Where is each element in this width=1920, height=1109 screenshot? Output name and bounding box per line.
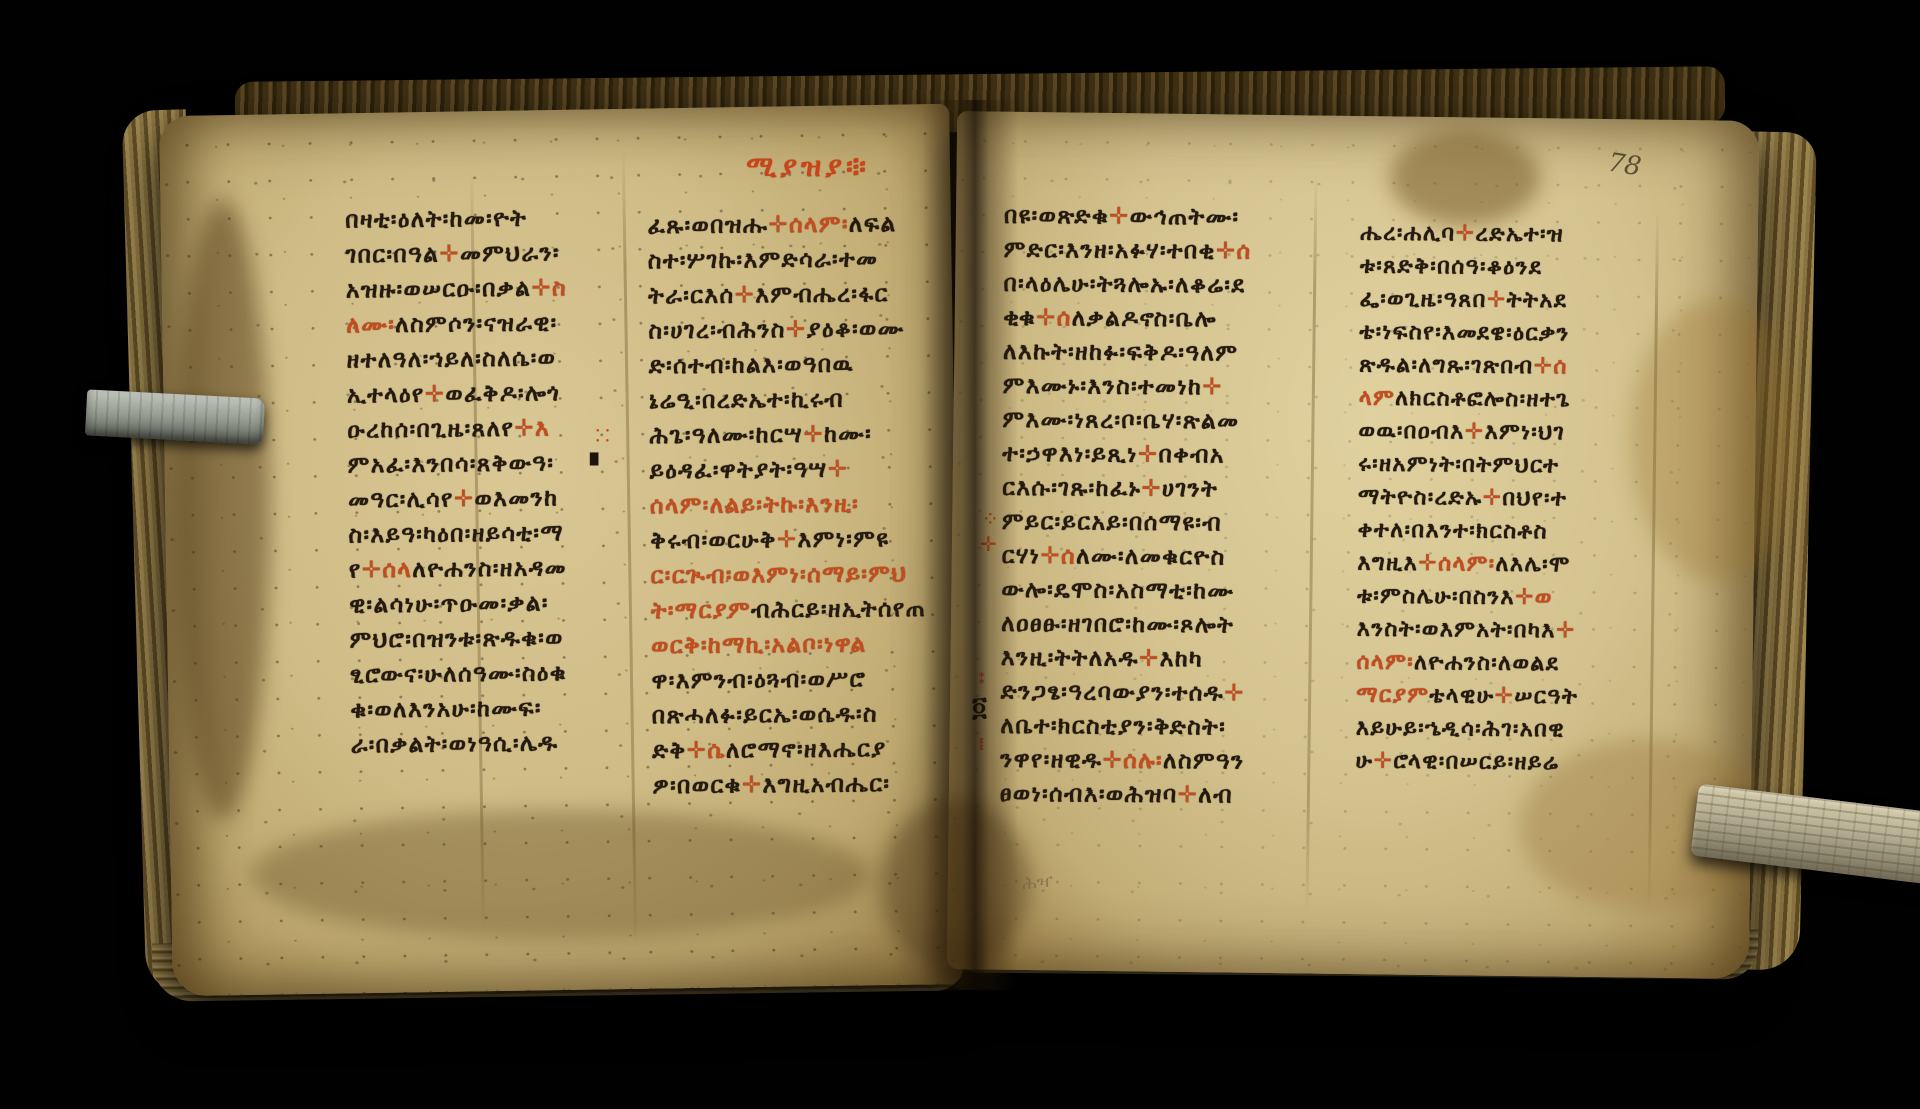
black-ink-segment: ለእሌ፡ሞ [1495,552,1570,578]
red-ink-segment: ✛ሰላም፡ [768,212,849,239]
black-ink-segment: ወዉ፡በዐብእ [1358,419,1464,445]
red-ink-segment: ✛ [1224,680,1245,706]
manuscript-line: ድንጋፄ፡ዓረባውያን፡ተሰዱ✛ [1001,675,1313,711]
black-ink-segment: ለዮሐንስ፡ለወልደ [1414,650,1560,676]
red-ink-segment: ✛ሴ [686,738,726,764]
folio-number: 78 [1606,148,1643,183]
black-ink-segment: ቴ፡ነፍስየ፡እመደዌ፡ዕርቃን [1359,320,1569,347]
black-ink-segment: ለክርስቶፎሎስ፡ዘተጌ [1395,386,1571,413]
black-ink-segment: ጽዱል፡ለግጹ፡ገጽበብ [1359,353,1534,380]
black-ink-segment: ምእሙ፡ነጸረ፡ቦ፡ቤሃ፡ጽልመ [1003,407,1240,435]
red-ink-segment: ✛ሰላም፡ [1418,551,1496,577]
black-ink-segment: ስ፡ሀገረ፡ብሕንስ [648,317,786,344]
black-ink-segment: ርእሱ፡ገጹ፡ከፈኑ [1002,475,1141,502]
red-ink-segment: ✛ [1494,684,1514,709]
manuscript-line: ዎ፡በወርቁ✛እግዚአብሔር፡ [652,767,952,805]
manuscript-line: ቱ፡ምስሌሁ፡በስንእ✛ወ [1357,580,1682,616]
margin-mark: ▖ [590,443,607,465]
red-ink-segment: ✛ [454,486,475,512]
red-ink-segment: ✛ሰ [1533,354,1568,379]
black-ink-segment: እምብሔረ፡ፋር [755,281,889,308]
manuscript-line: ለዐፀፁ፡ዘገበሮ፡ከሙ፡ጾሎት [1001,607,1313,643]
manuscript-line: ውሎ፡ዴሞስ፡አስማቲ፡ከሙ [1001,573,1313,609]
black-ink-segment: ገበር፡በዓል [345,242,439,269]
manuscript-line: ላምለክርስቶፎሎስ፡ዘተጌ [1359,382,1684,418]
manuscript-line: ስተ፡ሦገኩ፡እምድሳራ፡ተመ [648,242,948,280]
manuscript-line: ቂቁ✛ሰለቃልዶኖስ፡ቤሎ [1003,301,1315,337]
manuscript-line: ራ፡በቃልት፡ወነዓሲ፡ሌዱ [351,725,643,763]
black-ink-segment: በጽሓለፉ፡ይርኤ፡ወሴዱ፡ስ [652,701,878,729]
black-ink-segment: ዑረከሰ፡በጊዜ፡ጸለየ [347,416,514,444]
red-ink-segment: ✛ [1139,646,1160,672]
manuscript-line: ቱ፡ጸድቅ፡በሰዓ፡ቆዕንደ [1360,250,1685,286]
black-ink-segment: ብሕርይ፡ዘኢትሰየጠ [751,596,926,624]
red-ink-segment: ሰላም፡ለልይ፡ትኩ፡እንዚ፡ [650,491,859,519]
black-ink-segment: ፀወነ፡ሰብእ፡ወሕዝባ [1000,781,1178,808]
red-ink-segment: ✛ [1202,374,1223,400]
red-ink-segment: ✛ [786,317,807,343]
text-column-left-inner: ፈጹ፡ወበዝሑ✛ሰላም፡ለፍልስተ፡ሦገኩ፡እምድሳራ፡ተመትራ፡ርእሰ✛እምብ… [647,207,952,805]
manuscript-line: ይዕዳፈ፡ዋትያት፡ዓሣ✛ [650,452,950,490]
manuscript-line: ሰላም፡ለዮሐንስ፡ለወልደ [1356,646,1681,682]
black-ink-segment: ቅሩብ፡ወርሁቅ [650,527,777,554]
black-ink-segment: ሕጌ፡ዓለሙ፡ከርሣ [649,422,803,449]
manuscript-line: ጽዱል፡ለግጹ፡ገጽበብ✛ሰ [1359,349,1684,385]
month-heading: ሚያዝያ፨ [688,150,928,184]
manuscript-line: የ✛ሰላለዮሐንስ፡ዘአዳመ [349,550,641,588]
red-ink-segment: ✛ [439,241,460,267]
black-ink-segment: ተ፡ኃዋእነ፡ይጺነ [1002,441,1138,468]
black-ink-segment: ፂሮውና፡ሁለሰዓሙ፡ስዕቁ [350,660,567,688]
black-ink-segment: ወእመንከ [474,485,558,512]
black-ink-segment: ቱ፡ጸድቅ፡በሰዓ፡ቆዕንደ [1360,254,1542,281]
black-ink-segment: ሔረ፡ሐሊባ [1360,221,1455,247]
red-ink-segment: ወርቅ፡ከማኪ፡አልቦ፡ነዋል [651,631,867,659]
manuscript-line: ድቅ✛ሴለሮማኖ፡ዘእሔርያ [652,732,952,770]
red-ink-segment: ✛ [1487,288,1507,313]
manuscript-line: ተ፡ኃዋእነ፡ይጺነ✛በቀብአ [1002,437,1314,473]
manuscript-line: ወርቅ፡ከማኪ፡አልቦ፡ነዋል [651,627,951,665]
red-ink-segment: ✛ [1556,618,1576,643]
manuscript-line: ሩ፡ዘአምነት፡በትምህርተ [1358,448,1683,484]
black-ink-segment: ለሙ፡ለመቁርዮስ [1076,543,1226,570]
black-ink-segment: ምእሙኑ፡እንስ፡ተመነከ [1003,373,1203,400]
black-ink-segment: ረድኤተ፡ዝ [1475,222,1564,248]
red-ink-segment: ✛ [1465,420,1485,445]
red-ink-segment: ✛ [425,382,446,408]
black-ink-segment: ውሎ፡ዴሞስ፡አስማቲ፡ከሙ [1001,577,1234,605]
black-ink-segment: እይሁይ፡ኄዲሳ፡ሕገ፡አበዊ [1356,716,1565,743]
manuscript-line: ፈጹ፡ወበዝሑ✛ሰላም፡ለፍል [647,207,947,245]
red-ink-segment: ✛ [1177,782,1198,808]
black-ink-segment: ቴላዊሁ [1429,683,1494,709]
manuscript-line: በ፡ላዕሌሁ፡ትጓሎኡ፡ለቆሬ፡ደ [1003,267,1315,303]
manuscript-line: ምህሮ፡በዝንቱ፡ጽዱቁ፡ወ [349,620,641,658]
manuscript-line: እንስት፡ወእምአት፡በካእ✛ [1357,613,1682,649]
black-ink-segment: ለሮማኖ፡ዘእሔርያ [726,736,887,763]
red-ink-segment: ላም [1359,386,1396,411]
black-ink-segment: ዊ፡ልሳነሁ፡ጥዑመ፡ቃል፡ [349,590,549,618]
black-ink-segment: ኢተላዕየ [347,382,425,409]
red-ink-segment: ✛ [1455,221,1475,246]
black-ink-segment: ለዐፀፁ፡ዘገበሮ፡ከሙ፡ጾሎት [1001,611,1234,639]
black-ink-segment: ድ፡ሰተብ፡ከልእ፡ወዓበዉ [649,352,854,380]
manuscript-line: ቀተለ፡በእንተ፡ክርስቶስ [1358,514,1683,550]
manuscript-line: ዋ፡እምንብ፡ዕጓብ፡ወሥሮ [651,662,951,700]
black-ink-segment: ሠርዓት [1514,684,1578,710]
black-ink-segment: ቁ፡ወለእንአሁ፡ከሙፍ፡ [350,696,542,724]
black-ink-segment: ከሙ፡ [824,421,872,447]
red-ink-segment: ለሙ፡ [346,312,395,339]
black-ink-segment: በህየ፡ተ [1502,486,1567,512]
black-ink-segment: ፌ፡ወጊዜ፡ዓጸበ [1360,287,1487,313]
manuscript-line: ለቤተ፡ክርስቲያን፡ቅድስት፡ [1000,709,1312,745]
pencil-note: ሕዣ [1021,870,1054,894]
black-ink-segment: መዓር፡ሊሳየ [348,486,454,513]
manuscript-line: ሕጌ፡ዓለሙ፡ከርሣ✛ከሙ፡ [649,417,949,455]
black-ink-segment: ማትዮስ፡ረድኡ [1358,485,1483,511]
red-ink-segment: ✛ሰላ [362,557,413,584]
red-ink-segment: ✛ [1482,486,1502,511]
black-ink-segment: ወፈቅዶ፡ሎጎ [445,380,560,407]
manuscript-line: ርሃነ✛ሰለሙ፡ለመቁርዮስ [1002,539,1314,575]
manuscript-line: ፌ፡ወጊዜ፡ዓጸበ✛ትትአደ [1360,283,1685,319]
manuscript-line: ወዉ፡በዐብእ✛እምነ፡ህገ [1358,415,1683,451]
black-ink-segment: ይዕዳፈ፡ዋትያት፡ዓሣ [650,457,828,485]
black-ink-segment: ለእኩት፡ዘከፉ፡ፍቅዶ፡ዓለም [1003,339,1239,367]
black-ink-segment: ለስምዓን [1163,748,1245,775]
red-ink-segment: ✛እ [514,415,550,441]
black-ink-segment: በ፡ላዕሌሁ፡ትጓሎኡ፡ለቆሬ፡ደ [1003,271,1245,299]
black-ink-segment: አዝዙ፡ወሠርዑ፡በቃል [346,276,532,304]
red-ink-segment: ር፡ርጒብ፡ወእምነ፡ሰማይ፡ምህ [650,561,907,589]
black-ink-segment: ለስምሶን፡ናዝራዊ፡ [395,310,558,338]
black-ink-segment: መምህራን፡ [460,240,560,267]
bookmark-ribbon-left [85,389,265,444]
manuscript-line: ፀወነ፡ሰብእ፡ወሕዝባ✛ለብ [1000,777,1312,813]
black-ink-segment: ትትአደ [1507,288,1568,314]
manuscript-line: ቁ፡ወለእንአሁ፡ከሙፍ፡ [350,690,642,728]
black-ink-segment: ኔሬዒ፡በረድኤተ፡ኪሩብ [649,387,844,415]
black-ink-segment: ስ፡እይዓ፡ካዕበ፡ዘይሳቲ፡ማ [348,520,564,548]
black-ink-segment: ያዕቆ፡ወሙ [807,316,905,343]
manuscript-line: ፂሮውና፡ሁለሰዓሙ፡ስዕቁ [350,655,642,693]
red-ink-segment: ✛ [1373,749,1393,774]
red-ink-segment: ✛ሰ [1040,543,1076,569]
manuscript-line: ድ፡ሰተብ፡ከልእ፡ወዓበዉ [649,347,949,385]
manuscript-line: ማርያምቴላዊሁ✛ሠርዓት [1356,679,1681,715]
manuscript-line: ዊ፡ልሳነሁ፡ጥዑመ፡ቃል፡ [349,585,641,623]
black-ink-segment: በዛቲ፡ዕለት፡ከመ፡ዮት [345,206,527,234]
manuscript-line: ትራ፡ርእሰ✛እምብሔረ፡ፋር [648,277,948,315]
red-ink-segment: ✛ [1141,476,1162,502]
black-ink-segment: ድንጋፄ፡ዓረባውያን፡ተሰዱ [1001,679,1225,707]
manuscript-line: ለእኩት፡ዘከፉ፡ፍቅዶ፡ዓለም [1003,335,1315,371]
red-ink-segment: ✛ [742,772,763,798]
red-ink-segment: ✛ወ [1515,585,1553,610]
black-ink-segment: ሀገንት [1162,476,1218,502]
manuscript-line: ንዋየ፡ዘዊዱ✛ሰሉ፡ለስምዓን [1000,743,1312,779]
manuscript-line: እግዚእ✛ሰላም፡ለእሌ፡ሞ [1357,547,1682,583]
manuscript-photo: ሚያዝያ፨ 78 ሕዣ በዛቲ፡ዕለት፡ከመ፡ዮትገበር፡በዓል✛መምህራን፡አ… [0,0,1920,1109]
black-ink-segment: ሁ [1356,749,1374,774]
black-ink-segment: እከካ [1160,646,1204,672]
black-ink-segment: ለፍል [849,211,897,237]
manuscript-line: ዘተለዓለ፡ኀይለ፡ስለሴ፡ወ [347,340,639,378]
black-ink-segment: በቀብአ [1158,442,1225,468]
black-ink-segment: ለቃልዶኖስ፡ቤሎ [1072,305,1217,332]
manuscript-line: ሔረ፡ሐሊባ✛ረድኤተ፡ዝ [1360,217,1685,253]
manuscript-line: ሰላም፡ለልይ፡ትኩ፡እንዚ፡ [650,487,950,525]
manuscript-line: ለሙ፡ለስምሶን፡ናዝራዊ፡ [346,305,638,343]
red-ink-segment: ሰላም፡ [1356,650,1414,676]
text-column-left-outer: በዛቲ፡ዕለት፡ከመ፡ዮትገበር፡በዓል✛መምህራን፡አዝዙ፡ወሠርዑ፡በቃል✛… [345,200,643,763]
manuscript-line: ምይር፡ይርአይ፡በሰማዩ፡ብ [1002,505,1314,541]
manuscript-line: ምድር፡እንዘ፡አፉሃ፡ተበቂ✛ሰ [1004,233,1316,269]
black-ink-segment: ሩ፡ዘአምነት፡በትምህርተ [1358,452,1559,479]
black-ink-segment: ምድር፡እንዘ፡አፉሃ፡ተበቂ [1004,237,1216,264]
black-ink-segment: በዩ፡ወጽድቁ [1004,203,1109,230]
black-ink-segment: ዘተለዓለ፡ኀይለ፡ስለሴ፡ወ [347,345,557,373]
black-ink-segment: ትራ፡ርእሰ [648,283,735,310]
manuscript-line: ስ፡እይዓ፡ካዕበ፡ዘይሳቲ፡ማ [348,515,640,553]
black-ink-segment: ምህሮ፡በዝንቱ፡ጽዱቁ፡ወ [350,625,564,653]
black-ink-segment: ፈጹ፡ወበዝሑ [647,212,768,239]
red-ink-segment: ✛ [803,422,824,448]
black-ink-segment: ዋ፡እምንብ፡ዕጓብ፡ወሥሮ [651,666,866,694]
black-ink-segment: እምነ፡ምዩ [798,526,890,553]
black-ink-segment: ለቤተ፡ክርስቲያን፡ቅድስት፡ [1000,713,1226,741]
black-ink-segment: የ [349,557,362,583]
manuscript-line: በዛቲ፡ዕለት፡ከመ፡ዮት [345,200,637,238]
manuscript-line: እይሁይ፡ኄዲሳ፡ሕገ፡አበዊ [1356,712,1681,748]
manuscript-line: በዩ፡ወጽድቁ✛ውኅጠትሙ፡ [1004,199,1316,235]
black-ink-segment: ለብ [1198,782,1233,808]
red-ink-segment: ማርያም [1356,683,1429,709]
black-ink-segment: ቀተለ፡በእንተ፡ክርስቶስ [1358,518,1548,545]
black-ink-segment: እግዚእ [1357,551,1418,577]
gutter-shadow [922,100,1018,990]
manuscript-line: ስ፡ሀገረ፡ብሕንስ✛ያዕቆ፡ወሙ [648,312,948,350]
text-column-right-outer: ሔረ፡ሐሊባ✛ረድኤተ፡ዝቱ፡ጸድቅ፡በሰዓ፡ቆዕንደፌ፡ወጊዜ፡ዓጸበ✛ትትአ… [1356,217,1686,781]
black-ink-segment: ራ፡በቃልት፡ወነዓሲ፡ሌዱ [351,730,559,758]
manuscript-line: ት፡ማርያምብሕርይ፡ዘኢትሰየጠ [651,592,951,630]
manuscript-line: ቅሩብ፡ወርሁቅ✛እምነ፡ምዩ [650,522,950,560]
manuscript-line: ምእሙ፡ነጸረ፡ቦ፡ቤሃ፡ጽልመ [1002,403,1314,439]
red-ink-segment: ✛ሰ [1036,305,1072,331]
red-ink-segment: ✛ሰ [1216,238,1252,264]
manuscript-line: ማትዮስ፡ረድኡ✛በህየ፡ተ [1358,481,1683,517]
black-ink-segment: ለዮሐንስ፡ዘአዳመ [412,555,567,583]
manuscript-line: መዓር፡ሊሳየ✛ወእመንከ [348,480,640,518]
black-ink-segment: እግዚአብሔር፡ [762,771,890,798]
red-ink-segment: ✛ [1138,442,1159,468]
black-ink-segment: ሮላዊ፡በሠርይ፡ዘይሬ [1393,749,1559,775]
text-column-right-inner: በዩ፡ወጽድቁ✛ውኅጠትሙ፡ምድር፡እንዘ፡አፉሃ፡ተበቂ✛ሰበ፡ላዕሌሁ፡ትጓ… [1000,199,1316,813]
black-ink-segment: ስተ፡ሦገኩ፡እምድሳራ፡ተመ [648,246,879,274]
manuscript-line: ር፡ርጒብ፡ወእምነ፡ሰማይ፡ምህ [650,557,950,595]
manuscript-line: ገበር፡በዓል✛መምህራን፡ [345,235,637,273]
manuscript-line: ኢተላዕየ✛ወፈቅዶ፡ሎጎ [347,375,639,413]
red-ink-segment: ✛ [777,527,798,553]
manuscript-line: እንዚ፡ትትለአዱ✛እከካ [1001,641,1313,677]
red-ink-segment: ✛ [734,282,755,308]
red-ink-segment: ✛ [1109,204,1130,230]
red-ink-segment: ✛ስ [531,275,567,301]
manuscript-line: በጽሓለፉ፡ይርኤ፡ወሴዱ፡ስ [652,697,952,735]
manuscript-line: ቴ፡ነፍስየ፡እመደዌ፡ዕርቃን [1359,316,1684,352]
manuscript-line: ኔሬዒ፡በረድኤተ፡ኪሩብ [649,382,949,420]
black-ink-segment: እንዚ፡ትትለአዱ [1001,645,1139,672]
black-ink-segment: ምይር፡ይርአይ፡በሰማዩ፡ብ [1002,509,1222,537]
black-ink-segment: ቱ፡ምስሌሁ፡በስንእ [1357,584,1515,610]
black-ink-segment: እምነ፡ህገ [1485,420,1566,446]
black-ink-segment: እንስት፡ወእምአት፡በካእ [1357,617,1556,644]
black-ink-segment: ውኅጠትሙ፡ [1130,204,1240,231]
manuscript-line: አዝዙ፡ወሠርዑ፡በቃል✛ስ [346,270,638,308]
manuscript-line: ምእሙኑ፡እንስ፡ተመነከ✛ [1003,369,1315,405]
black-ink-segment: ድቅ [652,738,687,764]
red-ink-segment: ት፡ማርያም [651,597,751,624]
red-ink-segment: ✛ [828,457,849,483]
manuscript-line: ርእሱ፡ገጹ፡ከፈኑ✛ሀገንት [1002,471,1314,507]
black-ink-segment: ምአፈ፡እንበሳ፡ጸቅውዓ፡ [348,450,555,478]
black-ink-segment: ዎ፡በወርቁ [652,773,742,800]
manuscript-line: ሁ✛ሮላዊ፡በሠርይ፡ዘይሬ [1356,745,1681,781]
red-ink-segment: ✛ሰሉ፡ [1102,748,1163,774]
